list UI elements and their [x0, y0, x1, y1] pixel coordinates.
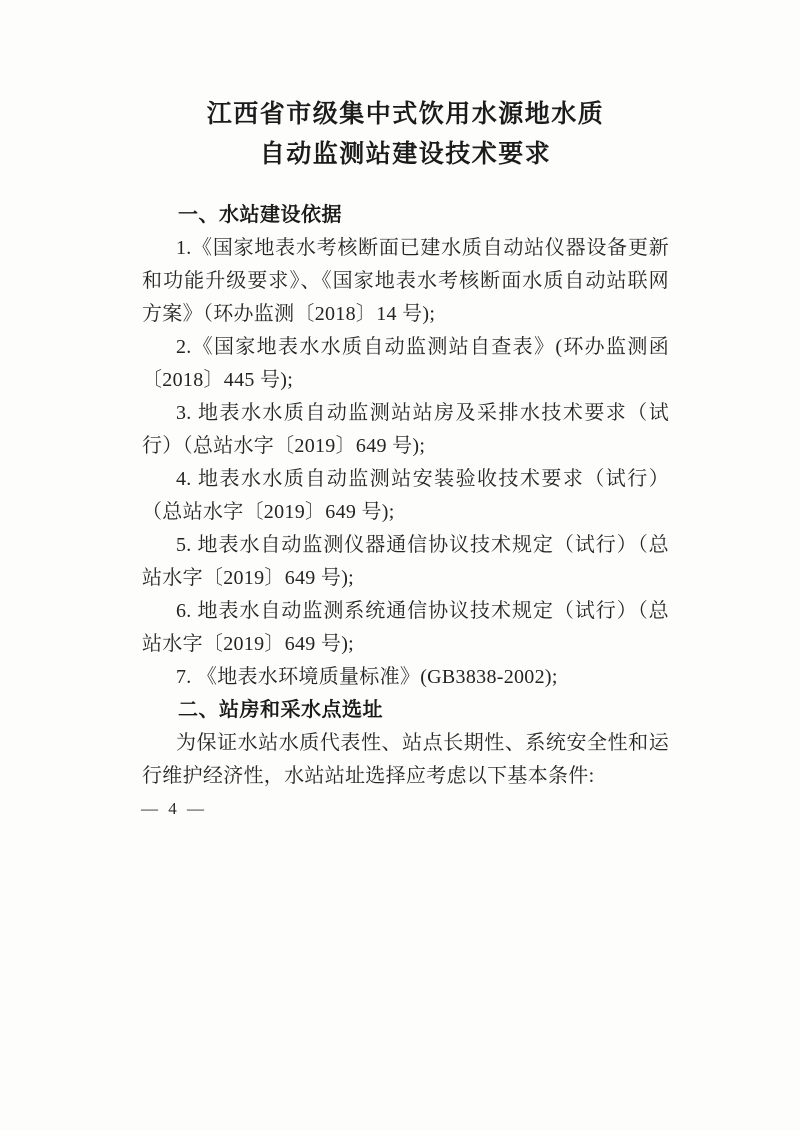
title-line-1: 江西省市级集中式饮用水源地水质 [142, 94, 669, 134]
document-title: 江西省市级集中式饮用水源地水质 自动监测站建设技术要求 [142, 94, 669, 174]
basis-item-1: 1.《国家地表水考核断面已建水质自动站仪器设备更新和功能升级要求》、《国家地表水… [142, 232, 669, 331]
basis-item-7: 7. 《地表水环境质量标准》(GB3838-2002); [142, 661, 669, 694]
title-line-2: 自动监测站建设技术要求 [142, 134, 669, 174]
document-page: 江西省市级集中式饮用水源地水质 自动监测站建设技术要求 一、水站建设依据 1.《… [0, 0, 800, 1131]
siting-intro-paragraph: 为保证水站水质代表性、站点长期性、系统安全性和运行维护经济性，水站站址选择应考虑… [142, 727, 669, 793]
basis-item-4: 4. 地表水水质自动监测站安装验收技术要求（试行）（总站水字〔2019〕649 … [142, 463, 669, 529]
section-heading-siting: 二、站房和采水点选址 [142, 694, 669, 727]
page-number: — 4 — [141, 799, 207, 819]
section-heading-basis: 一、水站建设依据 [142, 199, 669, 232]
basis-item-6: 6. 地表水自动监测系统通信协议技术规定（试行）（总站水字〔2019〕649 号… [142, 595, 669, 661]
basis-item-5: 5. 地表水自动监测仪器通信协议技术规定（试行）（总站水字〔2019〕649 号… [142, 529, 669, 595]
basis-item-2: 2.《国家地表水水质自动监测站自查表》(环办监测函〔2018〕445 号); [142, 331, 669, 397]
document-content: 江西省市级集中式饮用水源地水质 自动监测站建设技术要求 一、水站建设依据 1.《… [142, 94, 669, 793]
basis-item-3: 3. 地表水水质自动监测站站房及采排水技术要求（试行）（总站水字〔2019〕64… [142, 397, 669, 463]
